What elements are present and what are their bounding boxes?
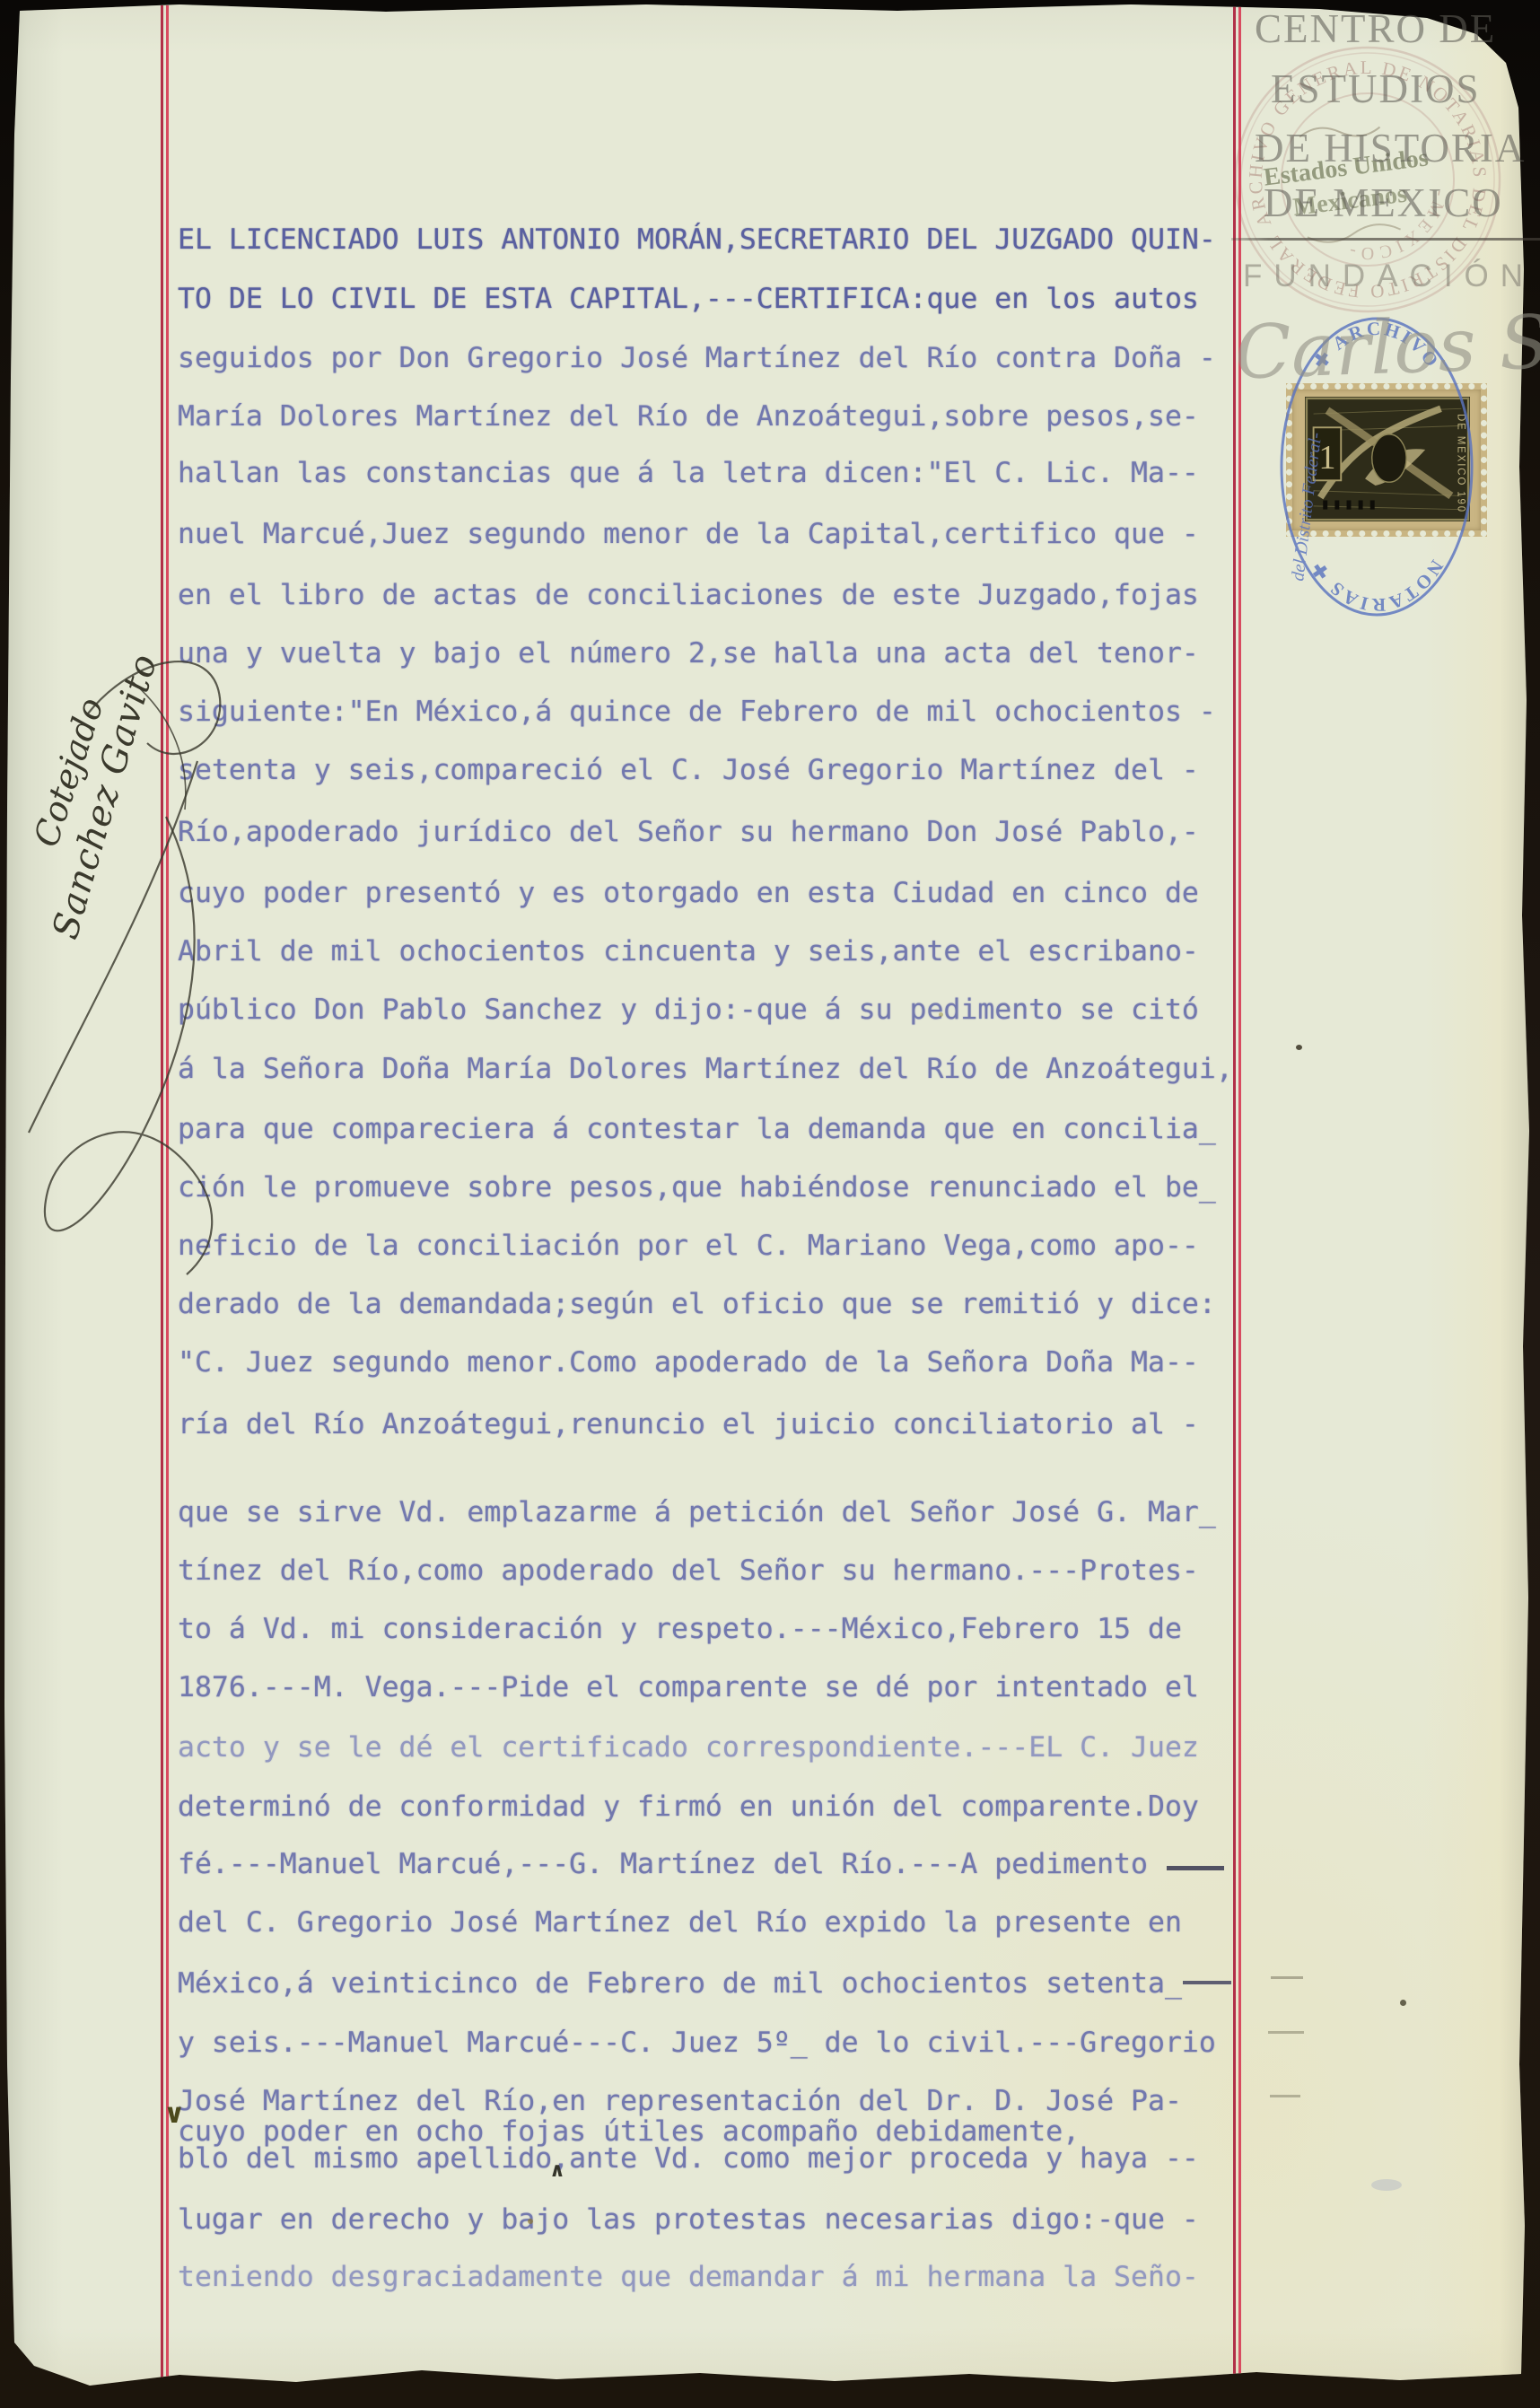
ink-stamp-arc-bottom: NOTARIAS ✚ <box>1306 556 1448 616</box>
stray-mark <box>1271 1976 1303 1979</box>
photo-background: ARCHIVO GENERAL DE NOTARIAS DEL DISTRITO… <box>0 0 1540 2408</box>
ink-stamp-arc-top: ✚ ARCHIVO <box>1309 318 1445 373</box>
stray-mark <box>528 2219 533 2224</box>
stray-mark <box>628 1988 633 1992</box>
stray-mark <box>1270 2095 1300 2097</box>
stray-mark <box>1183 1981 1231 1984</box>
archive-ink-stamp: ✚ ARCHIVO NOTARIAS ✚ del Distrito Federa… <box>0 0 1540 2408</box>
stray-mark <box>1167 1866 1224 1870</box>
document-page: ARCHIVO GENERAL DE NOTARIAS DEL DISTRITO… <box>0 0 1540 2408</box>
stray-mark <box>1296 1045 1302 1050</box>
svg-text:✚ ARCHIVO: ✚ ARCHIVO <box>1309 318 1445 373</box>
stray-mark <box>939 1012 943 1017</box>
stray-mark <box>1400 2000 1406 2006</box>
svg-text:NOTARIAS ✚: NOTARIAS ✚ <box>1306 556 1448 616</box>
stray-mark <box>1371 2179 1402 2191</box>
stray-mark <box>1268 2031 1304 2034</box>
